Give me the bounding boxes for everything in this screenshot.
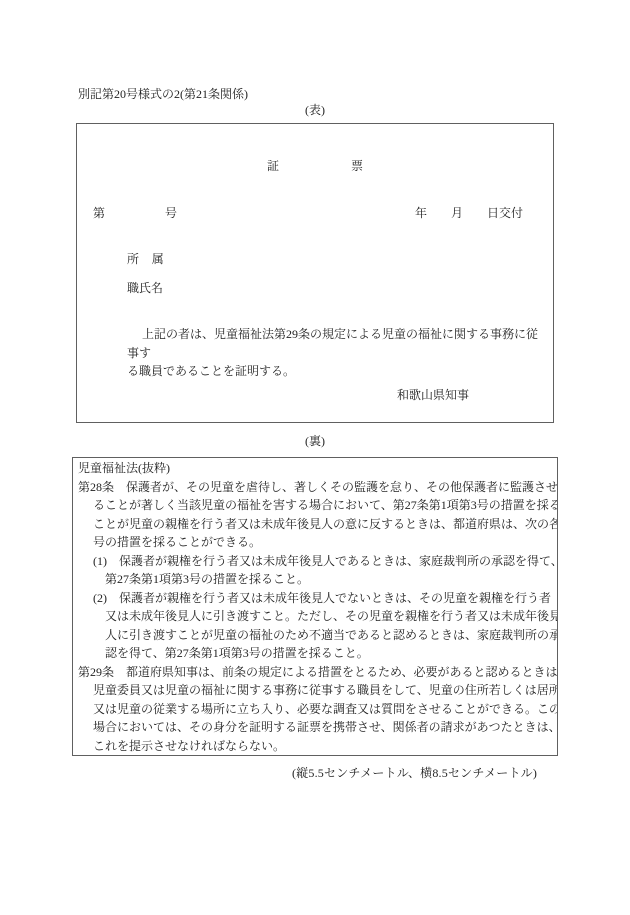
law-excerpt-box: 児童福祉法(抜粋) 第28条 保護者が、その児童を虐待し、著しくその監護を怠り、… (72, 457, 558, 756)
certificate-box: 証 票 第 号 年 月 日交付 所 属 職氏名 上記の者は、児童福祉法第29条の… (76, 123, 554, 423)
affiliation-label: 所 属 (127, 250, 164, 268)
law-text-line: ることが著しく当該児童の福祉を害する場合において、第27条第1項第3号の措置を採… (73, 496, 557, 515)
law-text-line: (2) 保護者が親権を行う者又は未成年後見人でないときは、その児童を親権を行う者 (73, 589, 557, 608)
document-page: { "page": { "form_number": "別記第20号様式の2(第… (0, 0, 630, 915)
issue-date-line: 年 月 日交付 (415, 204, 523, 222)
law-text-line: 児童委員又は児童の福祉に関する事務に従事する職員をして、児童の住所若しくは居所 (73, 681, 557, 700)
front-side-label: (表) (76, 101, 554, 119)
certificate-number-row: 第 号 年 月 日交付 (93, 204, 523, 222)
law-excerpt-title: 児童福祉法(抜粋) (73, 459, 557, 478)
law-text-line: 場合においては、その身分を証明する証票を携帯させ、関係者の請求があつたときは、 (73, 718, 557, 737)
law-text-line: 号の措置を採ることができる。 (73, 533, 557, 552)
certification-statement: 上記の者は、児童福祉法第29条の規定による児童の福祉に関する事務に従事する職員で… (127, 325, 548, 381)
law-text-line: 又は児童の従業する場所に立ち入り、必要な調査又は質問をさせることができる。この (73, 700, 557, 719)
law-text-line: 認を得て、第27条第1項第3号の措置を採ること。 (73, 644, 557, 663)
dimension-note: (縦5.5センチメートル、横8.5センチメートル) (292, 764, 537, 782)
law-text-line: 又は未成年後見人に引き渡すこと。ただし、その児童を親権を行う者又は未成年後見 (73, 607, 557, 626)
certificate-title: 証 票 (77, 157, 553, 175)
title-and-name-label: 職氏名 (127, 279, 163, 297)
law-excerpt-body: 第28条 保護者が、その児童を虐待し、著しくその監護を怠り、その他保護者に監護さ… (73, 478, 557, 756)
law-text-line: ことが児童の親権を行う者又は未成年後見人の意に反するときは、都道府県は、次の各 (73, 515, 557, 534)
statement-line: る職員であることを証明する。 (127, 362, 548, 381)
issuer-label: 和歌山県知事 (397, 386, 469, 404)
law-text-line: 第27条第1項第3号の措置を採ること。 (73, 570, 557, 589)
back-side-label: (裏) (72, 432, 558, 450)
law-text-line: これを提示させなければならない。 (73, 737, 557, 756)
law-text-line: 第28条 保護者が、その児童を虐待し、著しくその監護を怠り、その他保護者に監護さ… (73, 478, 557, 497)
law-text-line: 人に引き渡すことが児童の福祉のため不適当であると認めるときは、家庭裁判所の承 (73, 626, 557, 645)
certificate-number-line: 第 号 (93, 204, 177, 222)
law-text-line: (1) 保護者が親権を行う者又は未成年後見人であるときは、家庭裁判所の承認を得て… (73, 552, 557, 571)
law-text-line: 第29条 都道府県知事は、前条の規定による措置をとるため、必要があると認めるとき… (73, 663, 557, 682)
statement-line: 上記の者は、児童福祉法第29条の規定による児童の福祉に関する事務に従事す (127, 325, 548, 362)
